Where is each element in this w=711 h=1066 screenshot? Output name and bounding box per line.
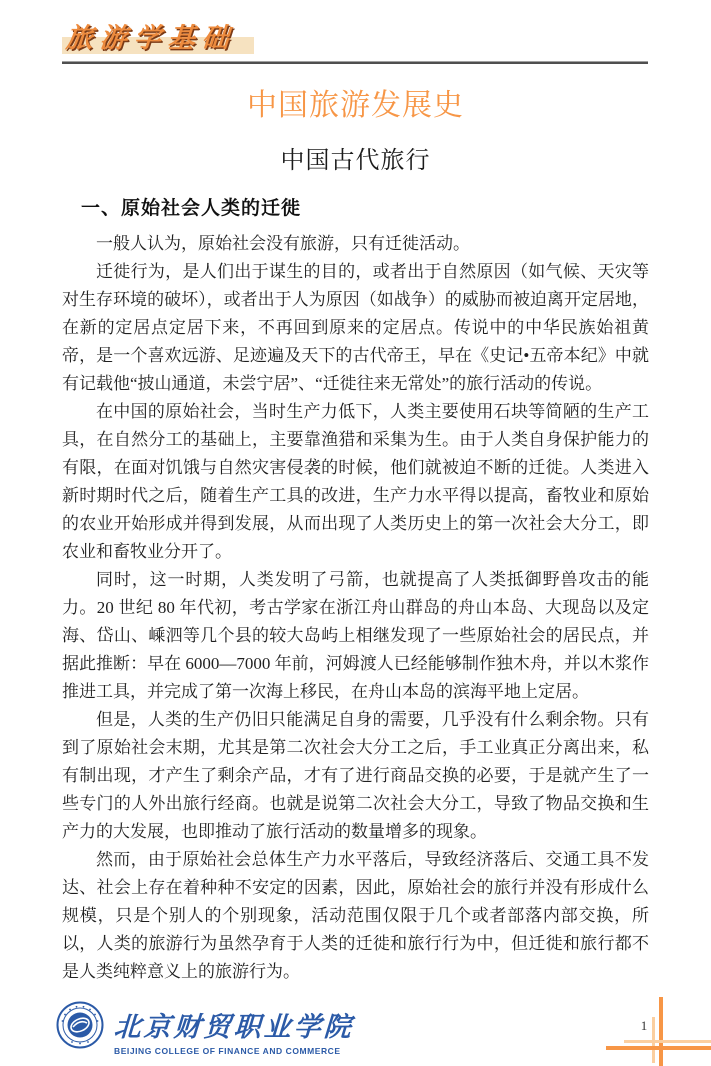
body-text: 一般人认为，原始社会没有旅游，只有迁徙活动。 迁徙行为，是人们出于谋生的目的，或… xyxy=(62,230,649,986)
corner-line-horizontal-light xyxy=(624,1040,711,1043)
college-name-en: BEIJING COLLEGE OF FINANCE AND COMMERCE xyxy=(114,1046,354,1056)
body-paragraph: 然而，由于原始社会总体生产力水平落后，导致经济落后、交通工具不发达、社会上存在着… xyxy=(62,846,649,986)
college-seal-icon xyxy=(56,1001,104,1049)
body-paragraph: 在中国的原始社会，当时生产力低下，人类主要使用石块等简陋的生产工具，在自然分工的… xyxy=(62,398,649,566)
body-paragraph: 一般人认为，原始社会没有旅游，只有迁徙活动。 xyxy=(62,230,649,258)
college-name-cn: 北京财贸职业学院 xyxy=(113,1005,355,1044)
college-logo: 北京财贸职业学院 BEIJING COLLEGE OF FINANCE AND … xyxy=(56,1001,354,1056)
corner-line-horizontal-dark xyxy=(606,1046,711,1050)
body-paragraph: 迁徙行为，是人们出于谋生的目的，或者出于自然原因（如气候、天灾等对生存环境的破坏… xyxy=(62,258,649,398)
document-page: 旅游学基础 中国旅游发展史 中国古代旅行 一、原始社会人类的迁徙 一般人认为，原… xyxy=(0,0,711,1066)
header-divider xyxy=(62,61,648,64)
section-heading: 一、原始社会人类的迁徙 xyxy=(62,193,649,220)
page-title: 中国旅游发展史 xyxy=(62,80,649,124)
document-content: 中国旅游发展史 中国古代旅行 一、原始社会人类的迁徙 一般人认为，原始社会没有旅… xyxy=(62,80,649,986)
college-name-block: 北京财贸职业学院 BEIJING COLLEGE OF FINANCE AND … xyxy=(114,1001,354,1056)
body-paragraph: 同时，这一时期，人类发明了弓箭，也就提高了人类抵御野兽攻击的能力。20 世纪 8… xyxy=(62,566,649,706)
corner-line-vertical-dark xyxy=(659,997,663,1066)
body-paragraph: 但是，人类的生产仍旧只能满足自身的需要，几乎没有什么剩余物。只有到了原始社会末期… xyxy=(62,706,649,846)
course-title-logo: 旅游学基础 xyxy=(65,16,238,55)
page-subtitle: 中国古代旅行 xyxy=(62,140,649,175)
page-number: 1 xyxy=(636,1018,652,1034)
